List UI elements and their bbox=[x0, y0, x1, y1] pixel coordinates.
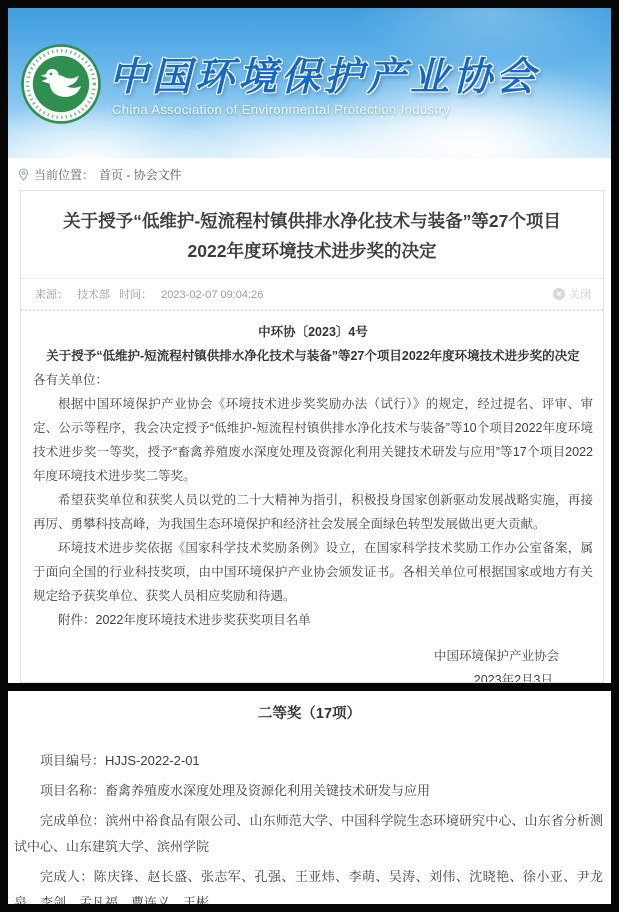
page: { "theme":{ "header_blue_top":"#3d9ede",… bbox=[0, 0, 619, 912]
site-title-cn: 中国环境保护产业协会 bbox=[109, 46, 539, 102]
paragraph-2: 希望获奖单位和获奖人员以党的二十大精神为指引，积极投身国家创新驱动发展战略实施，… bbox=[33, 488, 593, 536]
signature-organization: 中国环境保护产业协会 bbox=[33, 644, 593, 668]
time-label: 时间： bbox=[119, 289, 152, 301]
source-value: 技术部 bbox=[77, 289, 110, 301]
article-container: 关于授予“低维护-短流程村镇供排水净化技术与装备”等27个项目 2022年度环境… bbox=[20, 190, 604, 683]
close-button[interactable]: × 关闭 bbox=[553, 286, 591, 302]
article-title: 关于授予“低维护-短流程村镇供排水净化技术与装备”等27个项目 2022年度环境… bbox=[21, 191, 603, 279]
document-heading: 关于授予“低维护-短流程村镇供排水净化技术与装备”等27个项目2022年度环境技… bbox=[33, 344, 593, 368]
completing-units: 完成单位：滨州中裕食品有限公司、山东师范大学、中国科学院生态环境研究中心、山东省… bbox=[14, 808, 603, 860]
breadcrumb-path[interactable]: 首页 - 协会文件 bbox=[99, 166, 182, 183]
paragraph-1: 根据中国环境保护产业协会《环境技术进步奖奖励办法（试行）》的规定，经过提名、评审… bbox=[33, 392, 593, 488]
document-number: 中环协〔2023〕4号 bbox=[33, 320, 593, 344]
article-meta-info: 来源： 技术部 时间： 2023-02-07 09:04:26 bbox=[35, 286, 269, 302]
close-icon: × bbox=[553, 288, 565, 300]
paragraph-3: 环境技术进步奖依据《国家科学技术奖励条例》设立，在国家科学技术奖励工作办公室备案… bbox=[33, 536, 593, 608]
article-title-line2: 2022年度环境技术进步奖的决定 bbox=[39, 236, 585, 266]
time-value: 2023-02-07 09:04:26 bbox=[161, 289, 263, 301]
article-meta-row: 来源： 技术部 时间： 2023-02-07 09:04:26 × 关闭 bbox=[21, 279, 603, 311]
breadcrumb: 当前位置： 首页 - 协会文件 bbox=[8, 158, 611, 190]
salutation: 各有关单位： bbox=[33, 368, 593, 392]
award-details: 项目编号：HJJS-2022-2-01 项目名称：畜禽养殖废水深度处理及资源化利… bbox=[8, 723, 611, 904]
article-title-line1: 关于授予“低维护-短流程村镇供排水净化技术与装备”等27个项目 bbox=[39, 206, 585, 236]
source-label: 来源： bbox=[35, 289, 68, 301]
document-body: 中环协〔2023〕4号 关于授予“低维护-短流程村镇供排水净化技术与装备”等27… bbox=[21, 311, 603, 683]
project-number: 项目编号：HJJS-2022-2-01 bbox=[14, 748, 603, 774]
close-button-label: 关闭 bbox=[569, 286, 591, 302]
site-title-en: China Association of Environmental Prote… bbox=[112, 102, 450, 117]
project-name: 项目名称：畜禽养殖废水深度处理及资源化利用关键技术研发与应用 bbox=[14, 778, 603, 804]
location-pin-icon bbox=[18, 168, 29, 181]
site-header-banner: 中国环境保护产业协会 China Association of Environm… bbox=[8, 8, 611, 158]
webpage-card: 中国环境保护产业协会 China Association of Environm… bbox=[8, 8, 611, 683]
completing-people: 完成人：陈庆锋、赵长盛、张志军、孔强、王亚炜、李萌、吴涛、刘伟、沈晓艳、徐小亚、… bbox=[14, 864, 603, 904]
breadcrumb-label: 当前位置： bbox=[34, 166, 94, 183]
award-section-title: 二等奖（17项） bbox=[8, 691, 611, 723]
signature-date: 2023年2月3日 bbox=[33, 668, 593, 683]
caepi-dove-logo-icon bbox=[20, 43, 102, 125]
attachment-line: 附件：2022年度环境技术进步奖获奖项目名单 bbox=[33, 608, 593, 632]
award-list-card: 二等奖（17项） 项目编号：HJJS-2022-2-01 项目名称：畜禽养殖废水… bbox=[8, 691, 611, 904]
